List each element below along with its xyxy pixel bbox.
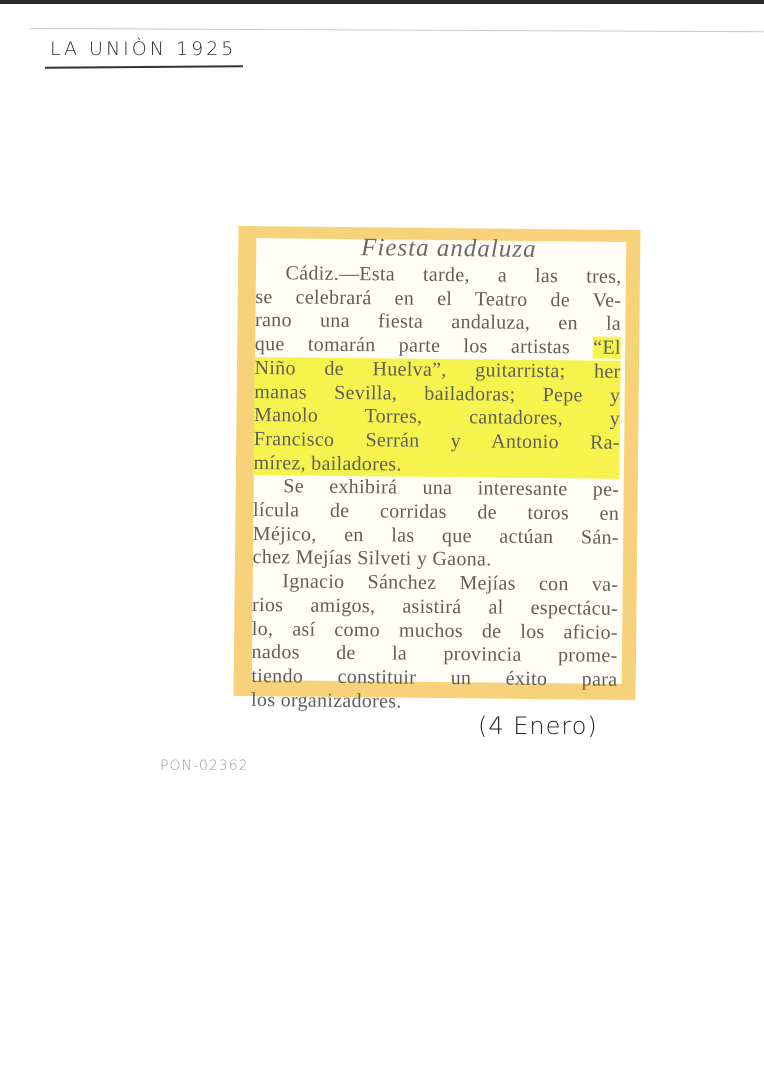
newspaper-clipping: Fiesta andaluza Cádiz.—Esta tarde, a las… [251,232,622,716]
article-line: Niño de Huelva”, guitarrista; her [254,357,620,385]
source-label-underline [45,65,243,68]
article-body: Cádiz.—Esta tarde, a las tres,se celebra… [251,262,622,716]
article-line: tiendo constituir un éxito para [251,665,617,693]
article-line: lícula de corridas de toros en [253,499,619,527]
scan-top-edge [0,0,764,4]
page-fold-line [30,28,764,32]
highlighted-text: “El [593,337,621,359]
article-line: rios amigos, asistirá al espectácu- [252,594,618,622]
source-label: LA UNIÒN 1925 [50,38,236,60]
article-line: Francisco Serrán y Antonio Ra- [254,428,620,456]
archive-code: PON-02362 [160,758,249,774]
date-note: (4 Enero) [478,712,598,740]
article-headline: Fiesta andaluza [276,232,622,266]
article-line: Cádiz.—Esta tarde, a las tres, [255,262,621,290]
article-line: que tomarán parte los artistas “El [255,333,621,361]
article-line: Ignacio Sánchez Mejías con va- [252,570,618,598]
